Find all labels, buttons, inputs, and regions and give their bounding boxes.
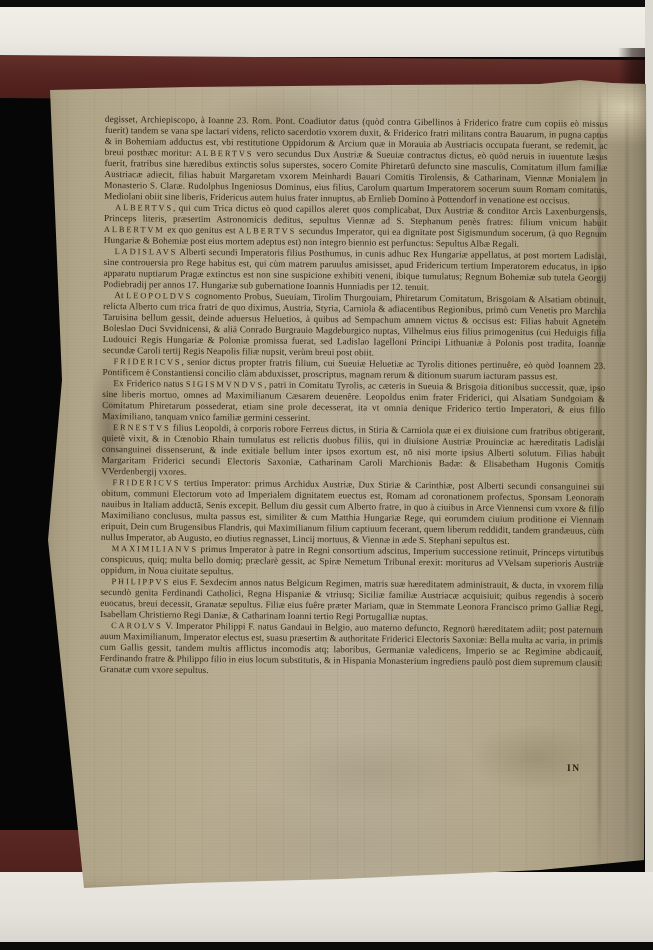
paragraph: ERNESTVS filius Leopoldi, à corporis rob… [102, 422, 606, 482]
paragraph-text: filius Leopoldi, à corporis robore Ferre… [102, 423, 605, 477]
paragraph-lead-name: ALBERTVS [195, 149, 253, 159]
paragraph-text: tertius Imperator: primus Archidux Austr… [101, 478, 605, 546]
paragraph-lead-name: FRIDERICVS [112, 478, 180, 488]
paragraph-text: At [114, 290, 126, 300]
paragraph-text: ex quo genitus est [165, 225, 239, 236]
paragraph-text: cognomento Probus, Sueuiam, Tirolim Thur… [103, 291, 607, 358]
paragraph: FRIDERICVS tertius Imperator: primus Arc… [101, 477, 605, 548]
paragraph-lead-name: MAXIMILIANVS [112, 544, 198, 554]
paragraph-lead-name: PHILIPPVS [111, 577, 170, 587]
paragraph: Ex Friderico natus SIGISMVNDVS, patri in… [102, 378, 605, 427]
paragraph-text: V. Imperator Philippi F. natus Gandaui i… [100, 621, 603, 675]
paragraph-lead-name: CAROLVS [111, 621, 163, 630]
frame-band-maroon-bottom [0, 830, 84, 874]
page-text-block: degisset, Archiepiscopo, à Ioanne 23. Ro… [100, 114, 608, 680]
signature-mark: IN [567, 764, 581, 774]
paragraph: degisset, Archiepiscopo, à Ioanne 23. Ro… [104, 114, 608, 207]
paragraph-lead-name: SIGISMVNDVS [186, 380, 264, 390]
paragraph: At LEOPOLDVS cognomento Probus, Sueuiam,… [103, 290, 607, 361]
manuscript-page: degisset, Archiepiscopo, à Ioanne 23. Ro… [40, 70, 653, 895]
paragraph: PHILIPPVS eius F. Sexdecim annos natus B… [100, 576, 603, 625]
paragraph: LADISLAVS Alberti secundi Imperatoris fi… [103, 246, 606, 295]
paragraph-lead-name: ERNESTVS [113, 423, 171, 433]
frame-edge-top [0, 0, 653, 7]
paragraph: CAROLVS V. Imperator Philippi F. natus G… [100, 620, 604, 680]
paragraph-lead-name: ALBERTVS [115, 203, 173, 213]
paragraph-lead-name: LEOPOLDVS [126, 291, 192, 301]
paragraph-text: Alberti secundi Imperatoris filius Posth… [103, 247, 606, 292]
paragraph-lead-name: LADISLAVS [115, 247, 178, 257]
paragraph: ALBERTVS, qui cum Trica dictus eò quod c… [104, 202, 607, 251]
paragraph-lead-name: ALBERTVM [104, 225, 165, 235]
paragraph-lead-name: FRIDERICVS [114, 357, 182, 367]
mat-band-top [0, 7, 653, 57]
paragraph: MAXIMILIANVS primus Imperator à patre in… [101, 543, 604, 581]
framed-manuscript-photo: degisset, Archiepiscopo, à Ioanne 23. Ro… [0, 0, 653, 950]
paragraph-text: eius F. Sexdecim annos natus Belgicum Re… [100, 577, 603, 622]
paragraph-text: Ex Friderico natus [113, 378, 186, 389]
paragraph-lead-name: ALBERTVS [238, 226, 296, 236]
frame-edge-bottom [0, 942, 653, 950]
